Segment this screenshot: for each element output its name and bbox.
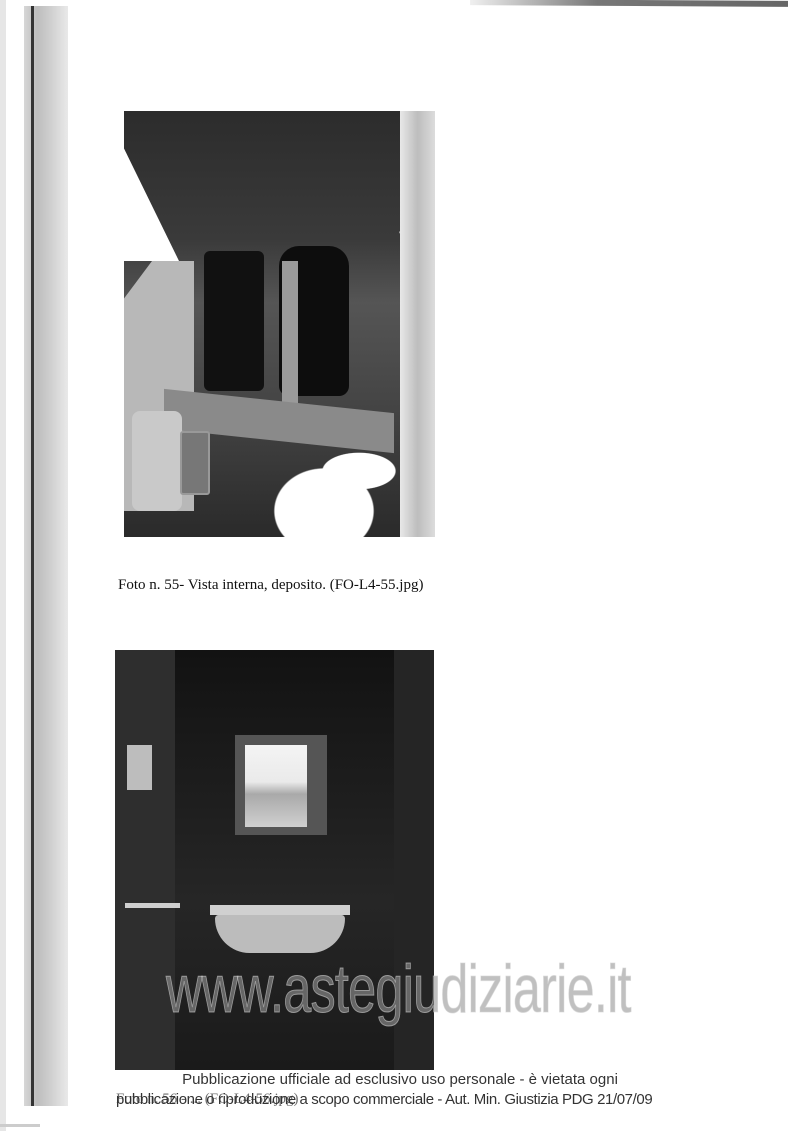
- door-frame: [400, 111, 435, 537]
- footer-notice-line1: Pubblicazione ufficiale ad esclusivo uso…: [0, 1071, 800, 1088]
- jar: [180, 431, 210, 495]
- footer-notice-line2: pubblicazione o riproduzione a scopo com…: [116, 1091, 652, 1108]
- hanging-cloth: [204, 251, 264, 391]
- scan-top-edge: [470, 0, 788, 7]
- footer-notice-line2-wrap: Foto n. 56 - ... (FO-L4-56.jpg) pubblica…: [116, 1091, 696, 1111]
- scan-binding-line: [31, 6, 34, 1106]
- window: [245, 745, 307, 827]
- scan-left-edge: [0, 0, 6, 1131]
- watermark: www.astegiudiziarie.it: [166, 950, 631, 1028]
- sink: [215, 915, 345, 953]
- photo-caption: Foto n. 55- Vista interna, deposito. (FO…: [118, 577, 423, 594]
- photo-storage-room: [124, 111, 435, 537]
- scan-bottom-edge: [0, 1124, 40, 1127]
